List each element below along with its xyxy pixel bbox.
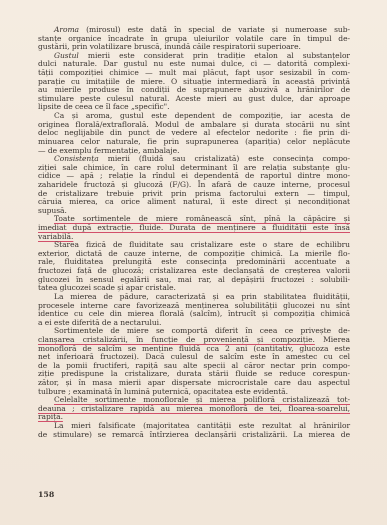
paragraph: Aroma (mirosul) este dată în special de … xyxy=(38,26,350,52)
underlined-text: deauna ; cristalizare rapidă au mierea m… xyxy=(38,404,350,413)
paragraph: Ca și aroma, gustul este dependent de co… xyxy=(38,112,350,155)
paragraph: Toate sortimentele de miere românească s… xyxy=(38,215,350,241)
paragraph: Gustul mierii este considerat prin tradi… xyxy=(38,52,350,112)
text-line: de stimulare) se remarcă întîrzierea dec… xyxy=(38,431,350,440)
body-text: Aroma (mirosul) este dată în special de … xyxy=(38,26,350,439)
paragraph: Sortimentele de miere se comportă diferi… xyxy=(38,327,350,396)
text-line: deauna ; cristalizare rapidă au mierea m… xyxy=(38,405,350,414)
underlined-text: imediat după extracție, fluide. Durata d… xyxy=(38,223,350,232)
text-span: căruia mierea, ca orice aliment natural,… xyxy=(38,197,350,206)
page-number: 158 xyxy=(38,490,54,499)
text-line: imediat după extracție, fluide. Durata d… xyxy=(38,224,350,233)
paragraph: La mierea de pădure, caracterizată și ea… xyxy=(38,293,350,327)
book-page: Aroma (mirosul) este dată în special de … xyxy=(0,0,387,525)
text-line: căruia mierea, ca orice aliment natural,… xyxy=(38,198,350,207)
paragraph: Consistența mierii (fluidă sau cristaliz… xyxy=(38,155,350,215)
text-span: de stimulare) se remarcă întîrzierea dec… xyxy=(38,430,350,439)
paragraph: Celelalte sortimente monoflorale și mier… xyxy=(38,396,350,422)
paragraph: La mieri falsificate (majoritatea cantit… xyxy=(38,422,350,439)
paragraph: Starea fizică de fluiditate sau cristali… xyxy=(38,241,350,293)
